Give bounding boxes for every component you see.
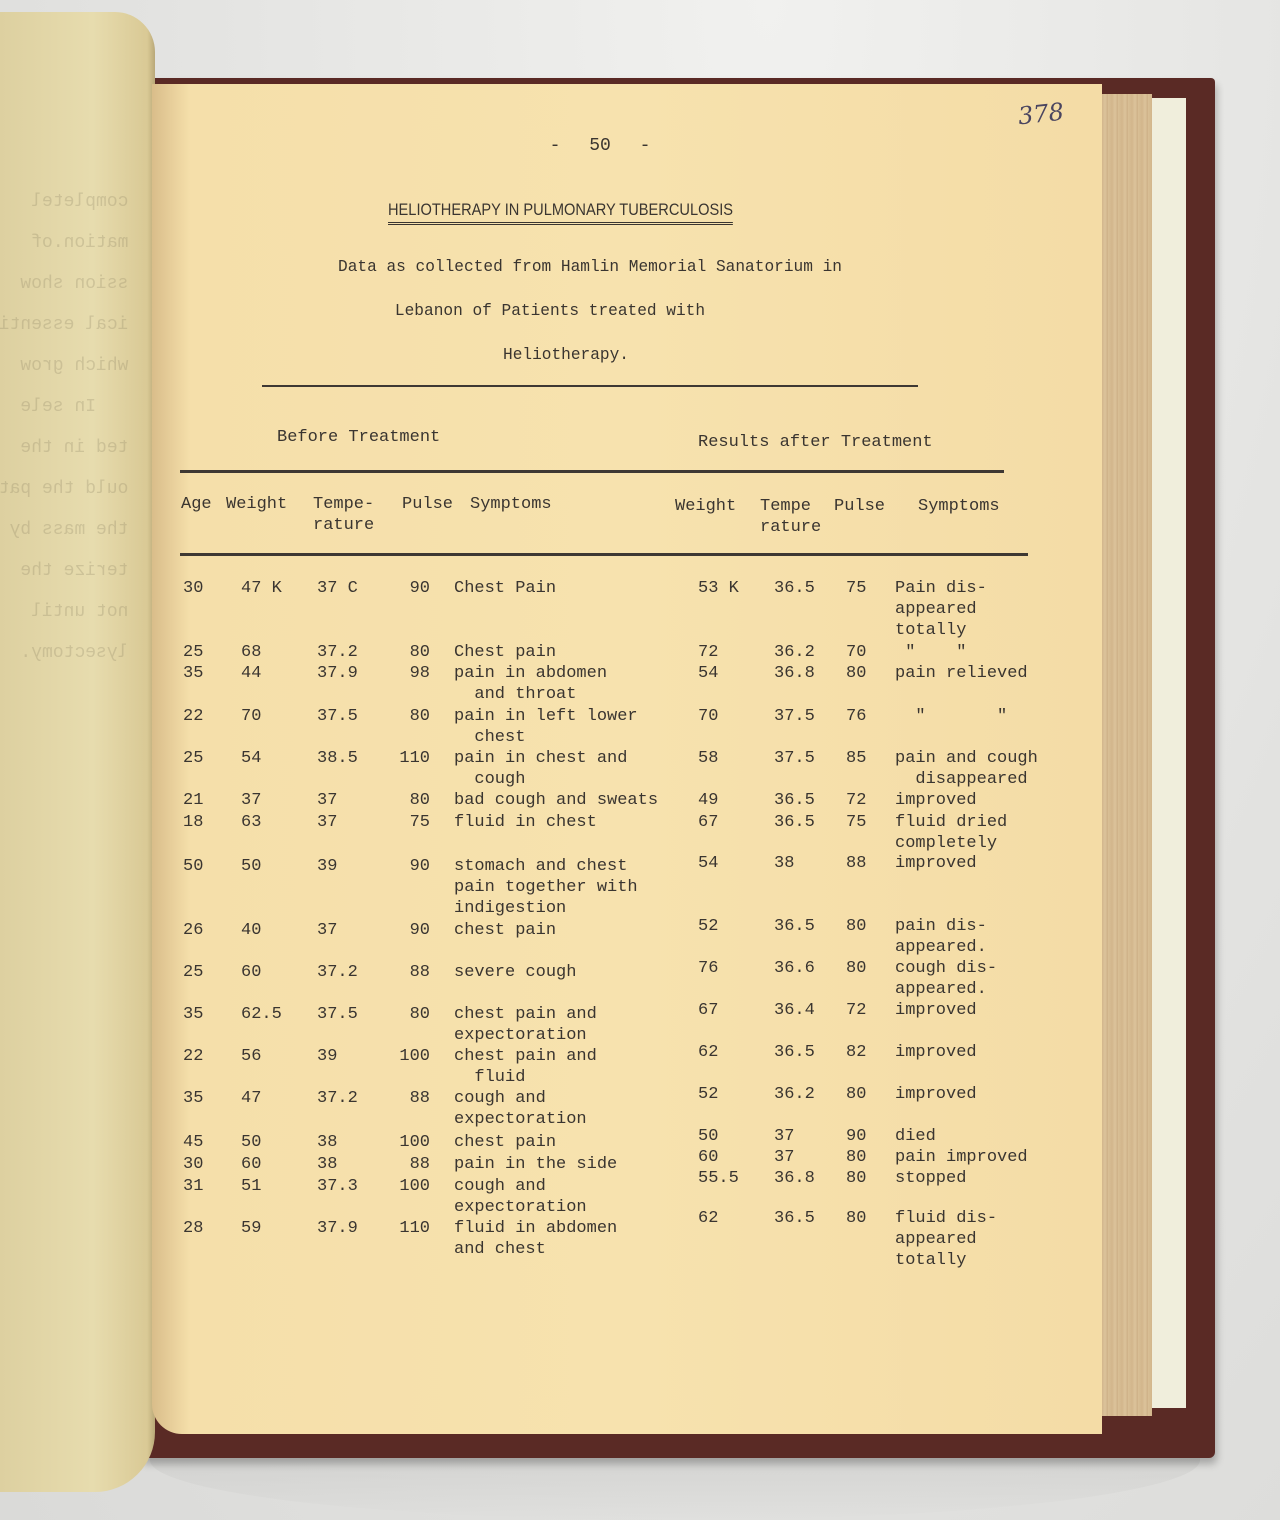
cell-a-weight: 54 bbox=[698, 853, 718, 874]
cell-a-pulse: 82 bbox=[846, 1042, 866, 1063]
cell-age: 30 bbox=[183, 1154, 203, 1175]
cell-temp: 37 C bbox=[317, 578, 358, 599]
cell-a-temp: 37 bbox=[774, 1126, 794, 1147]
cell-age: 35 bbox=[183, 663, 203, 684]
cell-weight: 63 bbox=[241, 812, 261, 833]
cell-a-temp: 36.6 bbox=[774, 958, 815, 979]
cell-weight: 37 bbox=[241, 790, 261, 811]
cell-symptoms: Chest pain bbox=[454, 642, 556, 663]
cell-symptoms: pain in abdomen and throat bbox=[454, 663, 607, 705]
cell-a-symptoms: " " bbox=[895, 642, 966, 663]
cell-symptoms: chest pain bbox=[454, 1132, 556, 1153]
cell-a-temp: 37.5 bbox=[774, 748, 815, 769]
cell-pulse: 100 bbox=[380, 1176, 430, 1197]
cell-a-temp: 36.5 bbox=[774, 1208, 815, 1229]
cell-symptoms: chest pain and fluid bbox=[454, 1046, 597, 1088]
cell-pulse: 88 bbox=[380, 1088, 430, 1109]
cell-a-temp: 36.5 bbox=[774, 1042, 815, 1063]
cell-temp: 37.5 bbox=[317, 1004, 358, 1025]
cell-weight: 59 bbox=[241, 1218, 261, 1239]
cell-a-pulse: 80 bbox=[846, 958, 866, 979]
cell-a-weight: 49 bbox=[698, 790, 718, 811]
cell-a-symptoms: died bbox=[895, 1126, 936, 1147]
cell-weight: 47 bbox=[241, 1088, 261, 1109]
cell-age: 30 bbox=[183, 578, 203, 599]
cell-pulse: 88 bbox=[380, 1154, 430, 1175]
cell-age: 35 bbox=[183, 1088, 203, 1109]
header-symptoms: Symptoms bbox=[470, 494, 552, 515]
group-after-treatment: Results after Treatment bbox=[698, 433, 933, 452]
cell-symptoms: cough and expectoration bbox=[454, 1176, 587, 1218]
cell-a-weight: 62 bbox=[698, 1208, 718, 1229]
cell-a-weight: 76 bbox=[698, 958, 718, 979]
cell-symptoms: pain in the side bbox=[454, 1154, 617, 1175]
cell-temp: 38 bbox=[317, 1132, 337, 1153]
cell-a-symptoms: pain relieved bbox=[895, 663, 1028, 684]
cell-age: 25 bbox=[183, 642, 203, 663]
cell-age: 50 bbox=[183, 856, 203, 877]
cell-a-pulse: 80 bbox=[846, 916, 866, 937]
cell-a-symptoms: improved bbox=[895, 1000, 977, 1021]
cell-a-temp: 36.5 bbox=[774, 790, 815, 811]
endpaper bbox=[1148, 98, 1186, 1408]
cell-temp: 37 bbox=[317, 812, 337, 833]
cell-a-weight: 62 bbox=[698, 1042, 718, 1063]
cell-a-weight: 52 bbox=[698, 1084, 718, 1105]
cell-a-weight: 55.5 bbox=[698, 1168, 739, 1189]
cell-a-pulse: 72 bbox=[846, 1000, 866, 1021]
cell-a-symptoms: fluid dis- appeared totally bbox=[895, 1208, 997, 1271]
cell-a-pulse: 90 bbox=[846, 1126, 866, 1147]
cell-weight: 56 bbox=[241, 1046, 261, 1067]
document-title: HELIOTHERAPY IN PULMONARY TUBERCULOSIS bbox=[388, 200, 733, 225]
cell-symptoms: severe cough bbox=[454, 962, 576, 983]
cell-symptoms: Chest Pain bbox=[454, 578, 556, 599]
cell-a-symptoms: improved bbox=[895, 1084, 977, 1105]
cell-temp: 37.3 bbox=[317, 1176, 358, 1197]
cell-a-pulse: 75 bbox=[846, 578, 866, 599]
cell-weight: 44 bbox=[241, 663, 261, 684]
cell-pulse: 110 bbox=[380, 748, 430, 769]
subtitle-line-3: Heliotherapy. bbox=[186, 346, 946, 365]
cell-a-pulse: 70 bbox=[846, 642, 866, 663]
cell-symptoms: fluid in chest bbox=[454, 812, 597, 833]
cell-pulse: 75 bbox=[380, 812, 430, 833]
cell-a-symptoms: cough dis- appeared. bbox=[895, 958, 997, 1000]
cell-a-symptoms: fluid dried completely bbox=[895, 812, 1007, 854]
cell-age: 28 bbox=[183, 1218, 203, 1239]
cell-weight: 47 K bbox=[241, 578, 282, 599]
cell-a-weight: 72 bbox=[698, 642, 718, 663]
header-after-symptoms: Symptoms bbox=[918, 496, 1000, 517]
cell-temp: 37.9 bbox=[317, 663, 358, 684]
cell-pulse: 100 bbox=[380, 1132, 430, 1153]
cell-pulse: 80 bbox=[380, 790, 430, 811]
left-page-bleed-through: completel mation.of ssion show ical esse… bbox=[0, 182, 150, 674]
cell-a-temp: 36.5 bbox=[774, 578, 815, 599]
cell-temp: 37.5 bbox=[317, 706, 358, 727]
cell-temp: 37.2 bbox=[317, 962, 358, 983]
header-temperature: Tempe- rature bbox=[313, 494, 374, 536]
cell-temp: 38.5 bbox=[317, 748, 358, 769]
divider-headers bbox=[180, 553, 1028, 556]
cell-temp: 37.2 bbox=[317, 1088, 358, 1109]
cell-age: 25 bbox=[183, 962, 203, 983]
header-age: Age bbox=[181, 494, 212, 515]
cell-temp: 39 bbox=[317, 1046, 337, 1067]
cell-a-symptoms: pain improved bbox=[895, 1147, 1028, 1168]
cell-a-symptoms: improved bbox=[895, 1042, 977, 1063]
cell-a-pulse: 76 bbox=[846, 706, 866, 727]
cell-a-pulse: 80 bbox=[846, 663, 866, 684]
page-edges bbox=[1098, 94, 1152, 1416]
cell-pulse: 100 bbox=[380, 1046, 430, 1067]
cell-a-pulse: 80 bbox=[846, 1208, 866, 1229]
cell-a-temp: 37 bbox=[774, 1147, 794, 1168]
cell-a-weight: 54 bbox=[698, 663, 718, 684]
cell-weight: 70 bbox=[241, 706, 261, 727]
cell-pulse: 90 bbox=[380, 578, 430, 599]
header-after-temperature: Tempe rature bbox=[760, 496, 821, 538]
group-before-treatment: Before Treatment bbox=[277, 428, 440, 447]
cell-age: 35 bbox=[183, 1004, 203, 1025]
cell-symptoms: chest pain and expectoration bbox=[454, 1004, 597, 1046]
cell-a-symptoms: " " bbox=[895, 706, 1007, 727]
cell-symptoms: pain in chest and cough bbox=[454, 748, 627, 790]
cell-a-weight: 67 bbox=[698, 1000, 718, 1021]
cell-pulse: 98 bbox=[380, 663, 430, 684]
cell-age: 26 bbox=[183, 920, 203, 941]
cell-age: 18 bbox=[183, 812, 203, 833]
cell-temp: 38 bbox=[317, 1154, 337, 1175]
cell-age: 45 bbox=[183, 1132, 203, 1153]
subtitle-line-1: Data as collected from Hamlin Memorial S… bbox=[210, 258, 970, 277]
cell-age: 22 bbox=[183, 706, 203, 727]
cell-a-weight: 60 bbox=[698, 1147, 718, 1168]
cell-age: 22 bbox=[183, 1046, 203, 1067]
cell-age: 25 bbox=[183, 748, 203, 769]
cell-a-weight: 52 bbox=[698, 916, 718, 937]
cell-pulse: 80 bbox=[380, 1004, 430, 1025]
cell-a-temp: 36.8 bbox=[774, 1168, 815, 1189]
header-weight: Weight bbox=[226, 494, 287, 515]
cell-temp: 37.2 bbox=[317, 642, 358, 663]
cell-pulse: 80 bbox=[380, 706, 430, 727]
cell-temp: 37 bbox=[317, 920, 337, 941]
cell-weight: 62.5 bbox=[241, 1004, 282, 1025]
cell-a-pulse: 88 bbox=[846, 853, 866, 874]
cell-a-pulse: 80 bbox=[846, 1168, 866, 1189]
cell-a-temp: 36.5 bbox=[774, 812, 815, 833]
cell-weight: 60 bbox=[241, 962, 261, 983]
cell-symptoms: stomach and chest pain together with ind… bbox=[454, 856, 638, 919]
cell-temp: 37.9 bbox=[317, 1218, 358, 1239]
cell-weight: 54 bbox=[241, 748, 261, 769]
divider-subtitle bbox=[262, 385, 918, 387]
cell-age: 21 bbox=[183, 790, 203, 811]
cell-a-symptoms: pain dis- appeared. bbox=[895, 916, 987, 958]
cell-a-temp: 36.5 bbox=[774, 916, 815, 937]
cell-a-weight: 53 K bbox=[698, 578, 739, 599]
header-after-pulse: Pulse bbox=[834, 496, 885, 517]
cell-pulse: 88 bbox=[380, 962, 430, 983]
cell-a-symptoms: pain and cough disappeared bbox=[895, 748, 1038, 790]
left-page: completel mation.of ssion show ical esse… bbox=[0, 12, 155, 1492]
cell-a-symptoms: stopped bbox=[895, 1168, 966, 1189]
cell-a-weight: 58 bbox=[698, 748, 718, 769]
cell-a-pulse: 85 bbox=[846, 748, 866, 769]
cell-a-temp: 36.4 bbox=[774, 1000, 815, 1021]
cell-symptoms: chest pain bbox=[454, 920, 556, 941]
cell-a-symptoms: Pain dis- appeared totally bbox=[895, 578, 987, 641]
cell-weight: 50 bbox=[241, 856, 261, 877]
cell-a-temp: 36.2 bbox=[774, 1084, 815, 1105]
header-after-weight: Weight bbox=[675, 496, 736, 517]
folio-number: 378 bbox=[1017, 98, 1065, 131]
page-number: - 50 - bbox=[520, 136, 680, 156]
cell-pulse: 90 bbox=[380, 920, 430, 941]
cell-symptoms: cough and expectoration bbox=[454, 1088, 587, 1130]
cell-temp: 37 bbox=[317, 790, 337, 811]
cell-symptoms: bad cough and sweats bbox=[454, 790, 658, 811]
cell-weight: 50 bbox=[241, 1132, 261, 1153]
subtitle-line-2: Lebanon of Patients treated with bbox=[170, 302, 930, 321]
cell-weight: 60 bbox=[241, 1154, 261, 1175]
cell-weight: 68 bbox=[241, 642, 261, 663]
divider-groups bbox=[180, 470, 1004, 473]
cell-a-symptoms: improved bbox=[895, 790, 977, 811]
cell-a-pulse: 80 bbox=[846, 1084, 866, 1105]
cell-a-symptoms: improved bbox=[895, 853, 977, 874]
cell-symptoms: pain in left lower chest bbox=[454, 706, 638, 748]
cell-a-pulse: 80 bbox=[846, 1147, 866, 1168]
cell-weight: 51 bbox=[241, 1176, 261, 1197]
cell-a-pulse: 75 bbox=[846, 812, 866, 833]
cell-a-temp: 36.8 bbox=[774, 663, 815, 684]
cell-a-temp: 38 bbox=[774, 853, 794, 874]
cell-a-weight: 50 bbox=[698, 1126, 718, 1147]
cell-symptoms: fluid in abdomen and chest bbox=[454, 1218, 617, 1260]
cell-a-temp: 36.2 bbox=[774, 642, 815, 663]
cell-age: 31 bbox=[183, 1176, 203, 1197]
cell-a-weight: 67 bbox=[698, 812, 718, 833]
cell-pulse: 110 bbox=[380, 1218, 430, 1239]
cell-a-weight: 70 bbox=[698, 706, 718, 727]
cell-pulse: 90 bbox=[380, 856, 430, 877]
cell-a-temp: 37.5 bbox=[774, 706, 815, 727]
cell-temp: 39 bbox=[317, 856, 337, 877]
cell-a-pulse: 72 bbox=[846, 790, 866, 811]
header-pulse: Pulse bbox=[402, 494, 453, 515]
cell-weight: 40 bbox=[241, 920, 261, 941]
cell-pulse: 80 bbox=[380, 642, 430, 663]
